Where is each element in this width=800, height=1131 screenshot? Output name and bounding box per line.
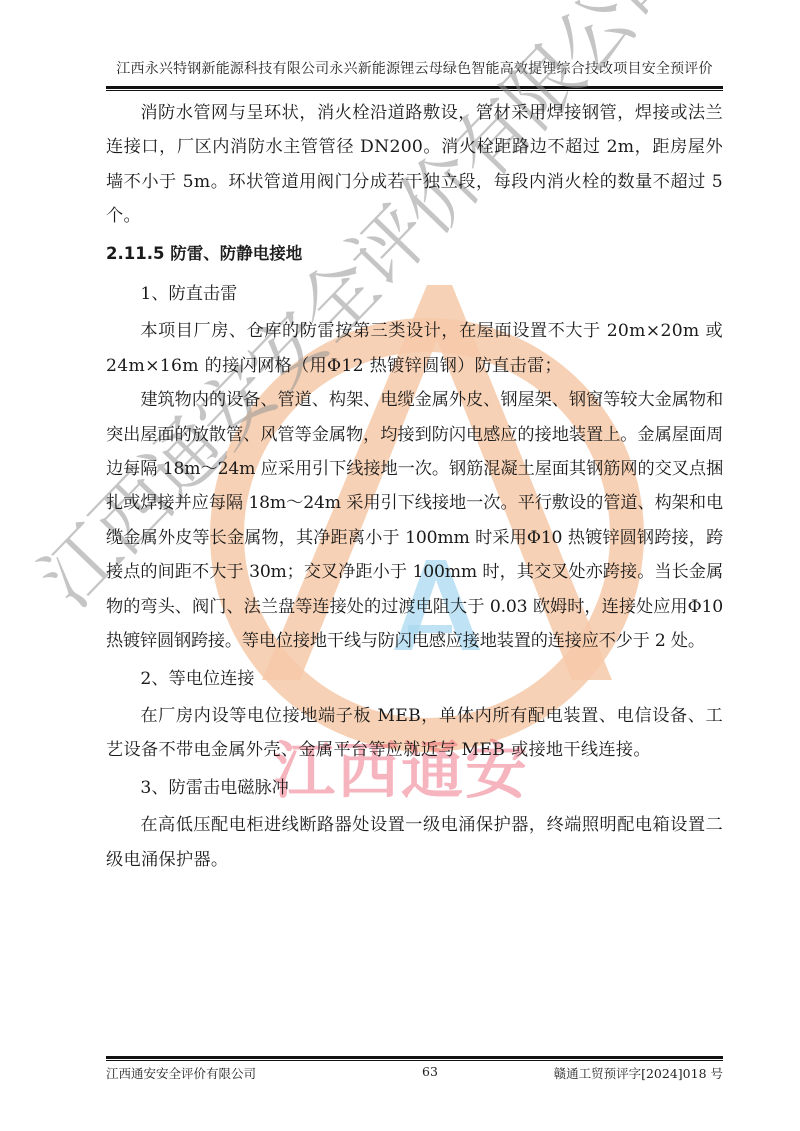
header-divider xyxy=(106,86,723,89)
page-header-title: 江西永兴特钢新能源科技有限公司永兴新能源锂云母绿色智能高效提锂综合技改项目安全预… xyxy=(106,58,723,78)
page-number: 63 xyxy=(422,1064,438,1079)
intro-paragraph: 消防水管网与呈环状，消火栓沿道路敷设，管材采用焊接钢管，焊接或法兰连接口，厂区内… xyxy=(106,96,723,234)
document-number: 赣通工贸预评字[2024]018 号 xyxy=(554,1064,723,1082)
paragraph-surge-protector: 在高低压配电柜进线断路器处设置一级电涌保护器，终端照明配电箱设置二级电涌保护器。 xyxy=(106,808,723,877)
subsection-title-equipotential: 2、等电位连接 xyxy=(106,659,723,699)
paragraph-metal-bonding: 建筑物内的设备、管道、构架、电缆金属外皮、钢屋架、钢窗等较大金属物和突出屋面的放… xyxy=(106,383,723,658)
footer-divider xyxy=(106,1056,723,1059)
document-body: 消防水管网与呈环状，消火栓沿道路敷设，管材采用焊接钢管，焊接或法兰连接口，厂区内… xyxy=(106,96,723,877)
subsection-title-direct-lightning: 1、防直击雷 xyxy=(106,274,723,314)
footer-company: 江西通安安全评价有限公司 xyxy=(106,1064,256,1082)
paragraph-meb: 在厂房内设等电位接地端子板 MEB，单体内所有配电装置、电信设备、工艺设备不带电… xyxy=(106,699,723,768)
subsection-title-surge: 3、防雷击电磁脉冲 xyxy=(106,768,723,808)
section-heading: 2.11.5 防雷、防静电接地 xyxy=(106,234,723,274)
paragraph-lightning-grid: 本项目厂房、仓库的防雷按第三类设计，在屋面设置不大于 20m×20m 或 24m… xyxy=(106,314,723,383)
